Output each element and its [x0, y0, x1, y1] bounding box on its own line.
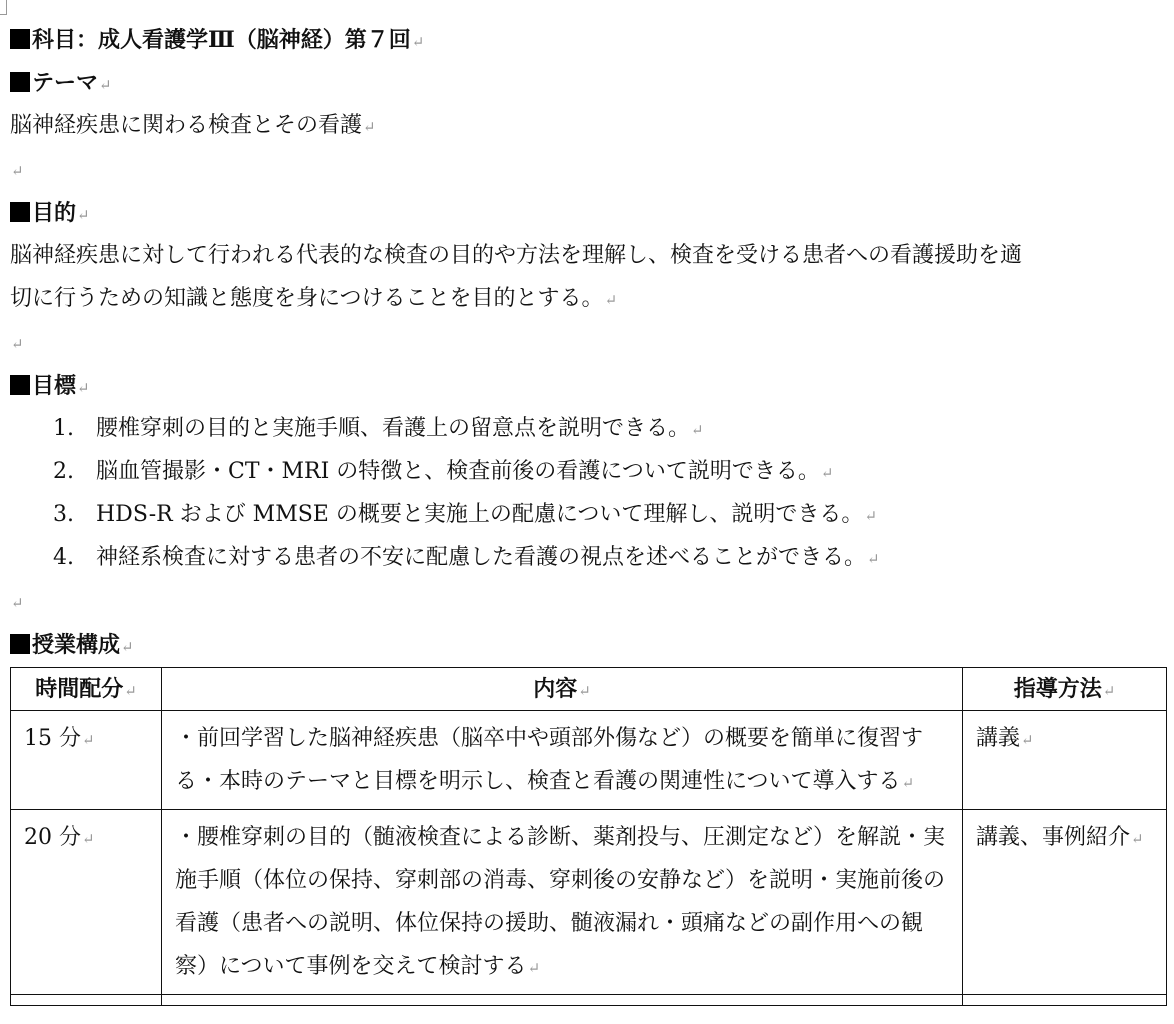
cell-mark-icon: ↵ [578, 682, 591, 700]
paragraph-mark-icon: ↵ [121, 638, 134, 656]
table-row: 20 分↵ ・腰椎穿刺の目的（髄液検査による診断、薬剤投与、圧測定など）を解説・… [11, 810, 1167, 995]
black-square-bullet-icon [10, 202, 30, 222]
paragraph-mark-icon: ↵ [11, 162, 24, 180]
cell-content: ・前回学習した脳神経疾患（脳卒中や頭部外傷など）の概要を簡単に復習する・本時のテ… [162, 711, 963, 810]
table-header-row: 時間配分↵ 内容↵ 指導方法↵ [11, 668, 1167, 711]
goal-item: 4.神経系検査に対する患者の不安に配慮した看護の視点を述べることができる。↵ [53, 543, 880, 574]
black-square-bullet-icon [10, 634, 30, 654]
cell-method [963, 995, 1167, 1006]
paragraph-mark-icon: ↵ [77, 206, 90, 224]
theme-text: 脳神経疾患に関わる検査とその看護↵ [10, 111, 376, 142]
goal-item: 3.HDS-R および MMSE の概要と実施上の配慮について理解し、説明できる… [53, 500, 877, 531]
page-corner-mark [0, 0, 7, 15]
empty-paragraph: ↵ [10, 155, 24, 186]
cell-mark-icon: ↵ [1131, 830, 1144, 848]
header-time: 時間配分↵ [11, 668, 162, 711]
cell-time [11, 995, 162, 1006]
goals-heading: 目標↵ [10, 371, 90, 403]
paragraph-mark-icon: ↵ [867, 550, 880, 568]
table-row: 15 分↵ ・前回学習した脳神経疾患（脳卒中や頭部外傷など）の概要を簡単に復習す… [11, 711, 1167, 810]
goal-item: 2.脳血管撮影・CT・MRI の特徴と、検査前後の看護について説明できる。↵ [53, 457, 833, 488]
paragraph-mark-icon: ↵ [77, 379, 90, 397]
cell-mark-icon: ↵ [902, 774, 915, 792]
cell-mark-icon: ↵ [1021, 731, 1034, 749]
cell-mark-icon: ↵ [528, 959, 541, 977]
lesson-structure-table: 時間配分↵ 内容↵ 指導方法↵ 15 分↵ ・前回学習した脳神経疾患（脳卒中や頭… [10, 667, 1167, 1006]
goal-item: 1.腰椎穿刺の目的と実施手順、看護上の留意点を説明できる。↵ [53, 414, 704, 445]
purpose-text-line-1: 脳神経疾患に対して行われる代表的な検査の目的や方法を理解し、検査を受ける患者への… [10, 241, 1022, 271]
purpose-text-line-2: 切に行うための知識と態度を身につけることを目的とする。↵ [10, 284, 617, 315]
empty-paragraph: ↵ [10, 587, 24, 618]
cell-time: 20 分↵ [11, 810, 162, 995]
header-method: 指導方法↵ [963, 668, 1167, 711]
purpose-heading: 目的↵ [10, 198, 90, 230]
theme-heading: テーマ↵ [10, 68, 112, 100]
cell-method: 講義、事例紹介↵ [963, 810, 1167, 995]
structure-heading: 授業構成↵ [10, 630, 134, 662]
paragraph-mark-icon: ↵ [691, 421, 704, 439]
paragraph-mark-icon: ↵ [821, 464, 834, 482]
paragraph-mark-icon: ↵ [864, 507, 877, 525]
cell-method: 講義↵ [963, 711, 1167, 810]
table-row-partial [11, 995, 1167, 1006]
cell-time: 15 分↵ [11, 711, 162, 810]
paragraph-mark-icon: ↵ [99, 76, 112, 94]
paragraph-mark-icon: ↵ [412, 33, 425, 51]
cell-mark-icon: ↵ [1103, 682, 1116, 700]
black-square-bullet-icon [10, 72, 30, 92]
header-content: 内容↵ [162, 668, 963, 711]
paragraph-mark-icon: ↵ [11, 594, 24, 612]
cell-content [162, 995, 963, 1006]
paragraph-mark-icon: ↵ [11, 335, 24, 353]
subject-heading: 科目：成人看護学Ⅲ（脳神経）第７回↵ [10, 25, 424, 57]
black-square-bullet-icon [10, 375, 30, 395]
cell-content: ・腰椎穿刺の目的（髄液検査による診断、薬剤投与、圧測定など）を解説・実施手順（体… [162, 810, 963, 995]
cell-mark-icon: ↵ [82, 830, 95, 848]
empty-paragraph: ↵ [10, 328, 24, 359]
cell-mark-icon: ↵ [82, 731, 95, 749]
black-square-bullet-icon [10, 29, 30, 49]
paragraph-mark-icon: ↵ [605, 291, 618, 309]
paragraph-mark-icon: ↵ [363, 118, 376, 136]
cell-mark-icon: ↵ [124, 682, 137, 700]
